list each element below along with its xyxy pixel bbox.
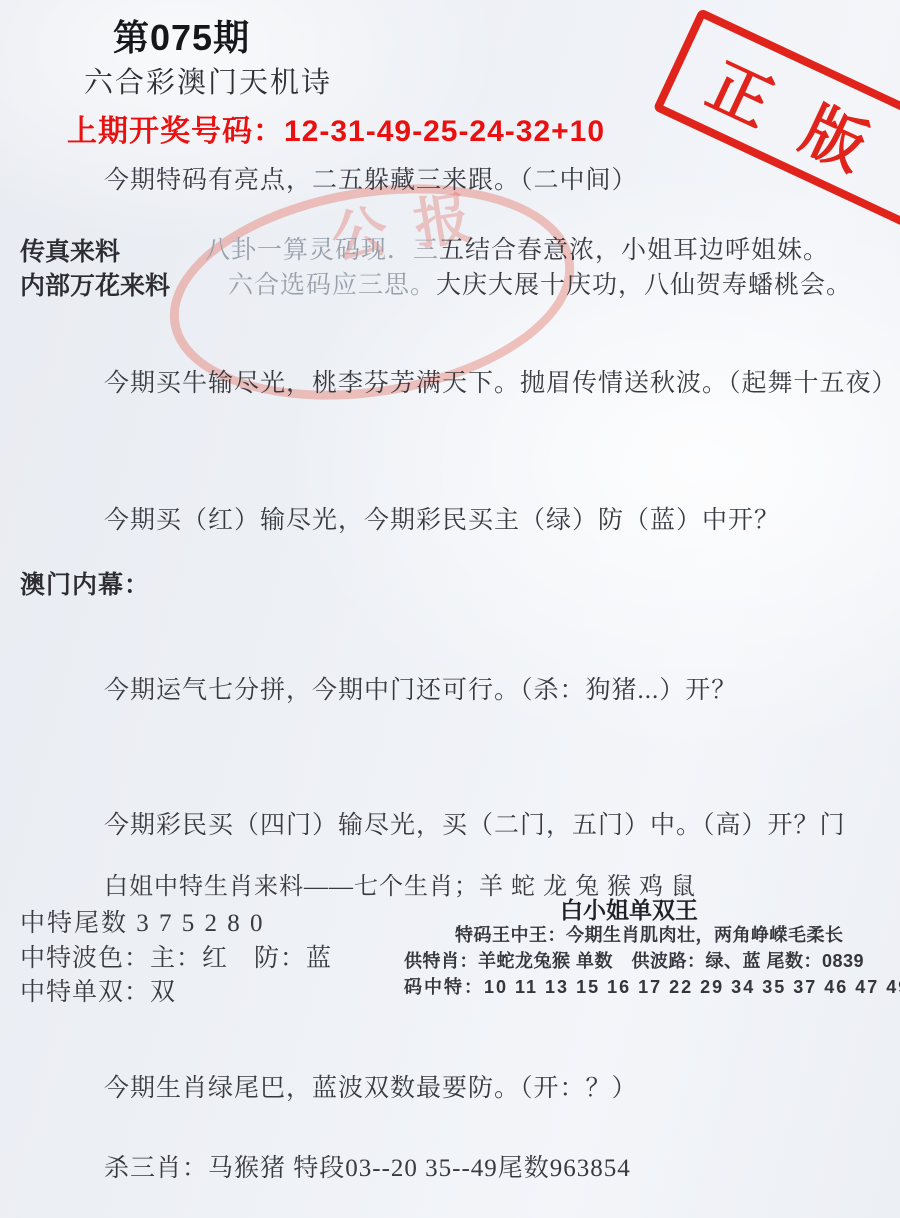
genuine-stamp-label: 正版 — [696, 36, 900, 205]
poem-line-green-tail: 今期生肖绿尾巴，蓝波双数最要防。（开：？） — [104, 1068, 638, 1104]
inner-poem-main-part: 大庆大展十庆功，八仙贺寿蟠桃会。 — [436, 272, 852, 299]
lottery-sheet-page: 公报 正版 第075期 六合彩澳门天机诗 上期开奖号码：12-31-49-25-… — [0, 0, 900, 1218]
stat-tail-numbers: 中特尾数 3 7 5 2 8 0 — [20, 903, 265, 939]
fax-poem-main-part: 五结合春意浓，小姐耳边呼姐妹。 — [439, 237, 829, 264]
inner-source-label: 内部万花来料 — [20, 266, 170, 302]
issue-title: 第075期 — [113, 10, 250, 61]
fax-poem-faint-part: 八卦一算灵码现．三 — [205, 237, 439, 264]
poem-line-ox: 今期买牛输尽光，桃李芬芳满天下。抛眉传情送秋波。（起舞十五夜） — [104, 363, 898, 399]
genuine-stamp: 正版 — [653, 8, 900, 246]
inner-poem-line: 六合选码应三思。大庆大展十庆功，八仙贺寿蟠桃会。 — [228, 265, 852, 301]
stat-odd-even: 中特单双：双 — [20, 972, 176, 1008]
poem-line-hint: 今期特码有亮点，二五躲藏三来跟。（二中间） — [104, 160, 638, 196]
right-block-numbers-line: 码中特：10 11 13 15 16 17 22 29 34 35 37 46 … — [404, 973, 900, 999]
poem-line-color: 今期买（红）输尽光，今期彩民买主（绿）防（蓝）中开？ — [104, 500, 780, 536]
macau-insider-label: 澳门内幕： — [20, 565, 150, 601]
poem-line-kill-three: 杀三肖：马猴猪 特段03--20 35--49尾数963854 — [104, 1148, 631, 1184]
last-draw-numbers: 上期开奖号码：12-31-49-25-24-32+10 — [67, 106, 605, 150]
stat-wave-color: 中特波色：主：红 防：蓝 — [20, 938, 332, 974]
right-block-king-line: 特码王中王：今期生肖肌肉壮，两角峥嵘毛柔长 — [455, 921, 844, 947]
poem-line-luck: 今期运气七分拼，今期中门还可行。（杀：狗猪...）开？ — [104, 670, 737, 706]
right-block-zodiac-line: 供特肖：羊蛇龙兔猴 单数 供波路：绿、蓝 尾数：0839 — [404, 947, 864, 973]
fax-poem-line: 八卦一算灵码现．三五结合春意浓，小姐耳边呼姐妹。 — [205, 230, 829, 266]
inner-poem-faint-part: 六合选码应三思。 — [228, 272, 436, 299]
fax-source-label: 传真来料 — [20, 232, 120, 268]
poem-line-gates: 今期彩民买（四门）输尽光，买（二门，五门）中。（高）开？门 — [104, 805, 846, 841]
lottery-subtitle: 六合彩澳门天机诗 — [84, 60, 332, 101]
